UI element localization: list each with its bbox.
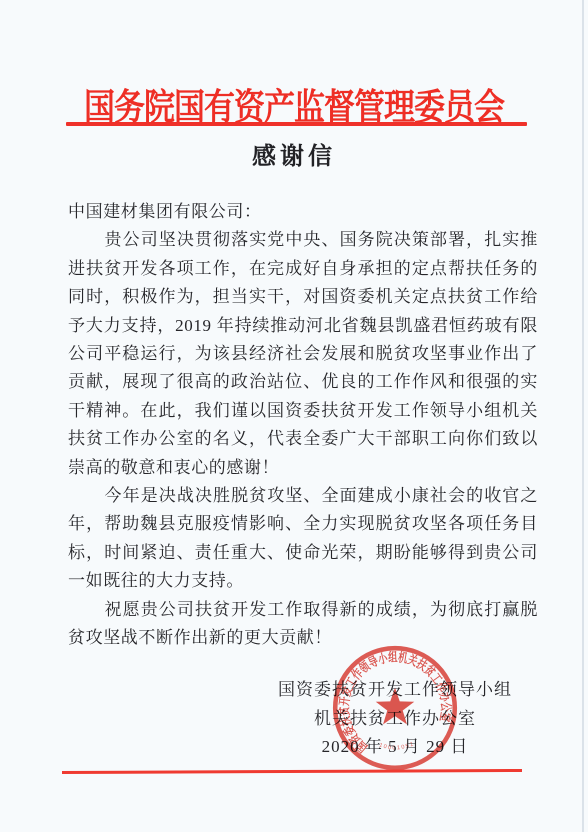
doc-title: 感谢信 (0, 136, 588, 171)
official-seal-icon: 国资委扶贫开发工作领导小组机关扶贫工作办公室 10001052 (319, 632, 471, 784)
header-rule (66, 122, 527, 126)
paragraph-1: 贵公司坚决贯彻落实党中央、国务院决策部署，扎实推进扶贫开发各项工作，在完成好自身… (68, 226, 538, 482)
letter-page: 国务院国有资产监督管理委员会 感谢信 中国建材集团有限公司： 贵公司坚决贯彻落实… (0, 0, 588, 832)
salutation: 中国建材集团有限公司： (68, 198, 538, 226)
page-edge-shadow (582, 0, 584, 832)
paragraph-2: 今年是决战决胜脱贫攻坚、全面建成小康社会的收官之年，帮助魏县克服疫情影响、全力实… (68, 482, 538, 596)
letter-body: 中国建材集团有限公司： 贵公司坚决贯彻落实党中央、国务院决策部署，扎实推进扶贫开… (68, 198, 538, 653)
svg-text:10001052: 10001052 (378, 741, 416, 752)
seal-serial-number: 10001052 (378, 741, 416, 752)
seal-star-icon (376, 688, 415, 725)
